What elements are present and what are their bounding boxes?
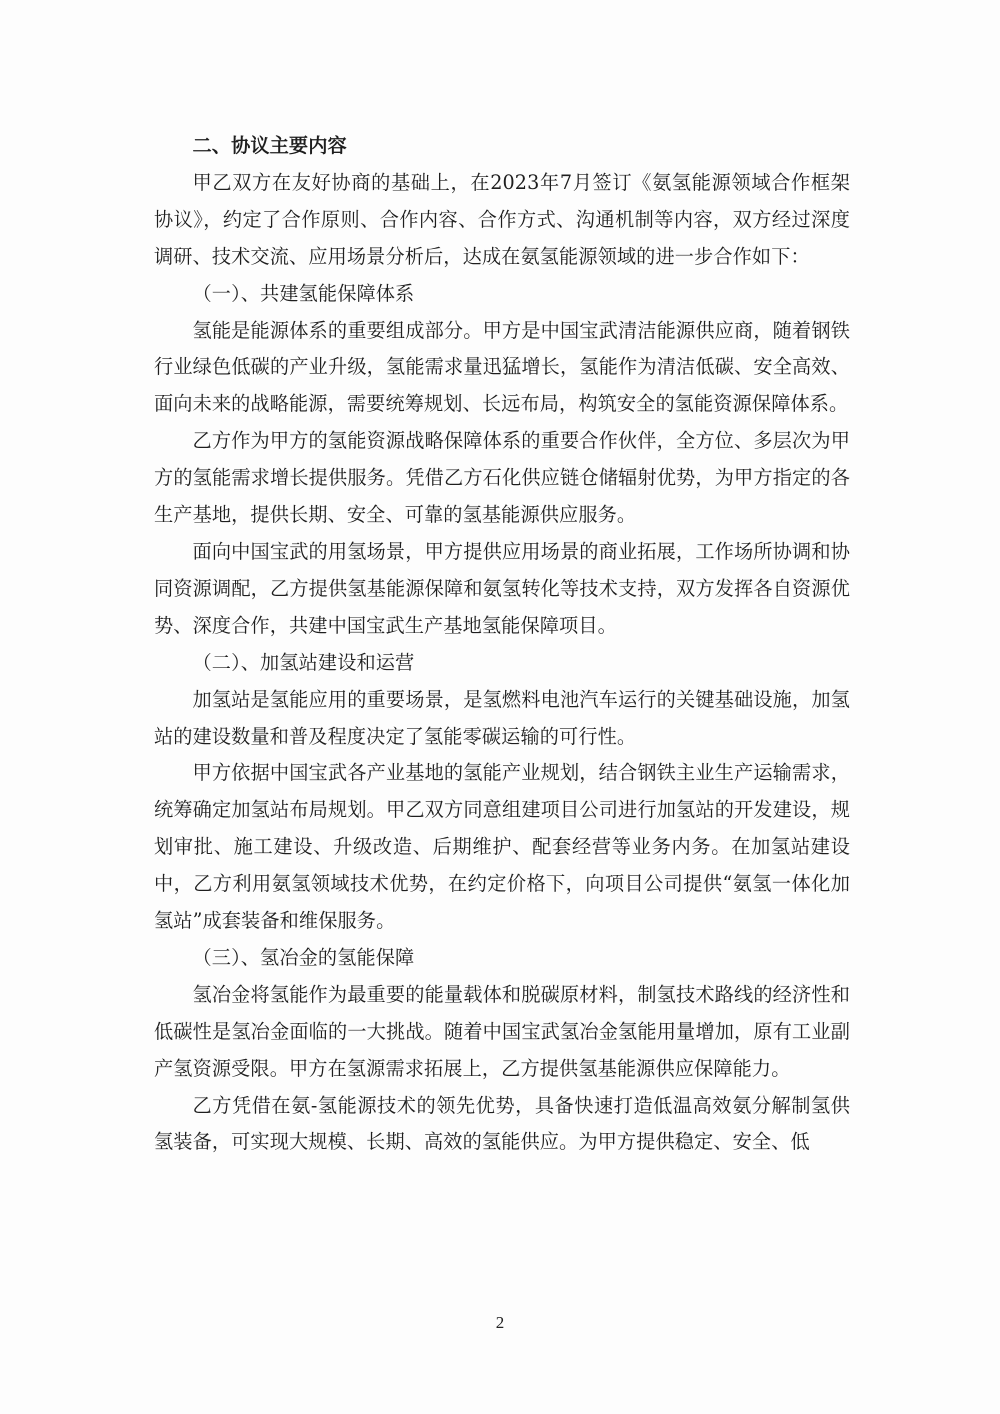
document-page: 二、协议主要内容 甲乙双方在友好协商的基础上，在2023年7月签订《氨氢能源领域… (0, 0, 1000, 1414)
paragraph: 甲方依据中国宝武各产业基地的氢能产业规划，结合钢铁主业生产运输需求，统筹确定加氢… (154, 755, 850, 940)
subsection-title-1: （一）、共建氢能保障体系 (154, 276, 850, 313)
paragraph: 加氢站是氢能应用的重要场景，是氢燃料电池汽车运行的关键基础设施，加氢站的建设数量… (154, 682, 850, 756)
paragraph: 氢冶金将氢能作为最重要的能量载体和脱碳原材料，制氢技术路线的经济性和低碳性是氢冶… (154, 977, 850, 1088)
section-heading: 二、协议主要内容 (154, 128, 850, 165)
paragraph: 氢能是能源体系的重要组成部分。甲方是中国宝武清洁能源供应商，随着钢铁行业绿色低碳… (154, 313, 850, 424)
intro-paragraph: 甲乙双方在友好协商的基础上，在2023年7月签订《氨氢能源领域合作框架协议》，约… (154, 165, 850, 276)
paragraph: 面向中国宝武的用氢场景，甲方提供应用场景的商业拓展，工作场所协调和协同资源调配，… (154, 534, 850, 645)
page-number: 2 (0, 1313, 1000, 1333)
paragraph: 乙方凭借在氨-氢能源技术的领先优势，具备快速打造低温高效氨分解制氢供氢装备，可实… (154, 1088, 850, 1162)
subsection-title-2: （二）、加氢站建设和运营 (154, 645, 850, 682)
paragraph: 乙方作为甲方的氢能资源战略保障体系的重要合作伙伴，全方位、多层次为甲方的氢能需求… (154, 423, 850, 534)
document-body: 二、协议主要内容 甲乙双方在友好协商的基础上，在2023年7月签订《氨氢能源领域… (154, 128, 850, 1161)
subsection-title-3: （三）、氢冶金的氢能保障 (154, 940, 850, 977)
